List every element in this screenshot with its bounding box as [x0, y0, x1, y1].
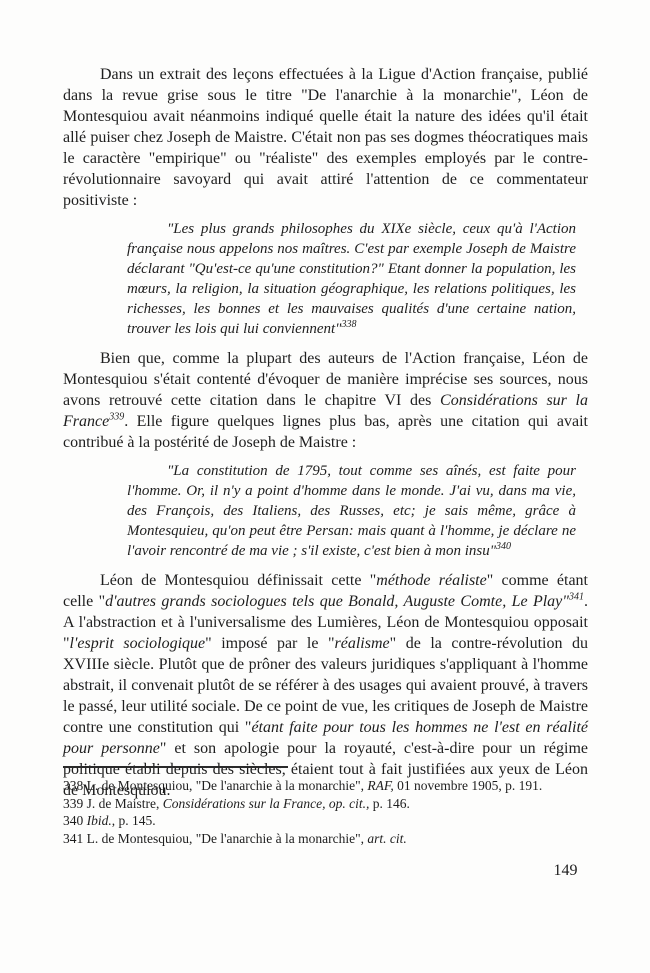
footnote-338: 338 L. de Montesquiou, "De l'anarchie à … — [63, 777, 588, 795]
text-run: d'autres grands sociologues tels que Bon… — [105, 593, 562, 610]
text-run: 338 L. de Montesquiou, "De l'anarchie à … — [63, 778, 367, 793]
text-run: 01 novembre 1905, p. 191. — [394, 778, 542, 793]
footnote-reference-superscript: 338 — [341, 319, 356, 330]
footnote-reference-superscript: 341 — [569, 592, 584, 603]
text-run: Considérations sur la France, op. cit., — [163, 796, 370, 811]
footnotes-section: 338 L. de Montesquiou, "De l'anarchie à … — [63, 766, 588, 847]
text-run: . Elle figure quelques lignes plus bas, … — [63, 413, 588, 451]
text-run: " imposé par le " — [205, 635, 334, 652]
footnote-340: 340 Ibid., p. 145. — [63, 812, 588, 830]
text-run: Dans un extrait des leçons effectuées à … — [63, 66, 588, 209]
text-run: 339 J. de Maistre, — [63, 796, 163, 811]
footnote-341: 341 L. de Montesquiou, "De l'anarchie à … — [63, 830, 588, 848]
paragraph-intro: Dans un extrait des leçons effectuées à … — [63, 64, 588, 211]
text-run: Léon de Montesquiou définissait cette " — [100, 572, 376, 589]
text-run: réalisme — [335, 635, 390, 652]
main-text-block: Dans un extrait des leçons effectuées à … — [63, 64, 588, 801]
text-run: l'esprit sociologique — [70, 635, 206, 652]
text-run: méthode réaliste — [376, 572, 486, 589]
scanned-document-page: Dans un extrait des leçons effectuées à … — [0, 0, 650, 973]
footnote-reference-superscript: 339 — [109, 412, 124, 423]
blockquote-maistre-constitution-1795: "La constitution de 1795, tout comme ses… — [127, 461, 576, 561]
footnote-reference-superscript: 340 — [496, 541, 511, 552]
text-run: " — [562, 593, 569, 610]
footnote-separator-rule — [63, 766, 288, 768]
text-run: , p. 145. — [112, 813, 156, 828]
text-run: p. 146. — [369, 796, 410, 811]
paragraph-sources: Bien que, comme la plupart des auteurs d… — [63, 348, 588, 453]
text-run: Ibid. — [87, 813, 112, 828]
page-number: 149 — [543, 862, 588, 880]
text-run: RAF, — [367, 778, 393, 793]
blockquote-maistre-constitution-definition: "Les plus grands philosophes du XIXe siè… — [127, 219, 576, 339]
footnote-339: 339 J. de Maistre, Considérations sur la… — [63, 795, 588, 813]
text-run: art. cit. — [367, 831, 406, 846]
text-run: 340 — [63, 813, 87, 828]
text-run: 341 L. de Montesquiou, "De l'anarchie à … — [63, 831, 367, 846]
